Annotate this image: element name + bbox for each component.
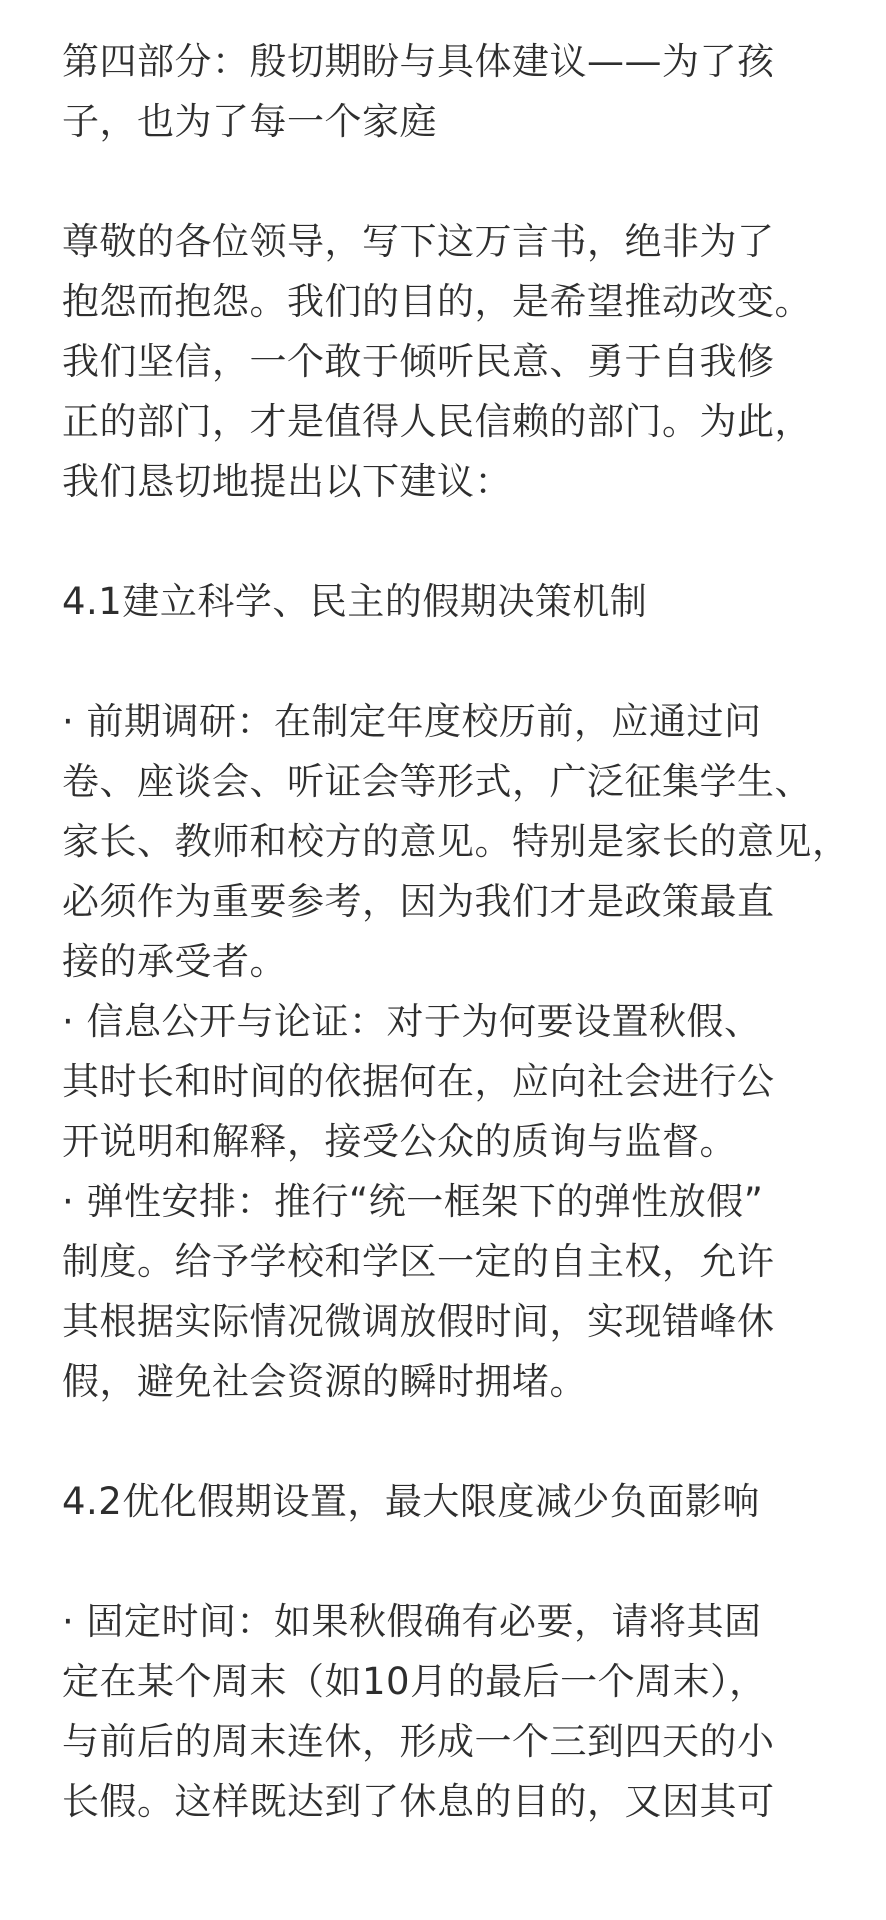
bullet-line: · 信息公开与论证：对于为何要设置秋假、 <box>62 992 852 1052</box>
bullet-item-transparency: · 信息公开与论证：对于为何要设置秋假、 其时长和时间的依据何在，应向社会进行公… <box>62 992 852 1172</box>
spacer <box>62 152 852 212</box>
bullet-line: 制度。给予学校和学区一定的自主权，允许 <box>62 1232 852 1292</box>
bullet-line: 开说明和解释，接受公众的质询与监督。 <box>62 1112 852 1172</box>
spacer <box>62 632 852 692</box>
bullet-line: 与前后的周末连休，形成一个三到四天的小 <box>62 1712 852 1772</box>
bullet-line: 卷、座谈会、听证会等形式，广泛征集学生、 <box>62 752 852 812</box>
spacer <box>62 1412 852 1472</box>
subsection-heading: 4.2优化假期设置，最大限度减少负面影响 <box>62 1472 852 1532</box>
bullet-item-fixed-time: · 固定时间：如果秋假确有必要，请将其固 定在某个周末（如10月的最后一个周末）… <box>62 1592 852 1832</box>
bullet-item-research: · 前期调研：在制定年度校历前，应通过问 卷、座谈会、听证会等形式，广泛征集学生… <box>62 692 852 992</box>
bullet-line: · 弹性安排：推行“统一框架下的弹性放假” <box>62 1172 852 1232</box>
spacer <box>62 512 852 572</box>
bullet-line: 接的承受者。 <box>62 932 852 992</box>
bullet-line: 必须作为重要参考，因为我们才是政策最直 <box>62 872 852 932</box>
paragraph-line: 抱怨而抱怨。我们的目的，是希望推动改变。 <box>62 272 852 332</box>
bullet-line: · 固定时间：如果秋假确有必要，请将其固 <box>62 1592 852 1652</box>
paragraph-line: 我们坚信，一个敢于倾听民意、勇于自我修 <box>62 332 852 392</box>
bullet-line: 假，避免社会资源的瞬时拥堵。 <box>62 1352 852 1412</box>
section-title: 第四部分：殷切期盼与具体建议——为了孩 子，也为了每一个家庭 <box>62 32 852 152</box>
intro-paragraph: 尊敬的各位领导，写下这万言书，绝非为了 抱怨而抱怨。我们的目的，是希望推动改变。… <box>62 212 852 512</box>
bullet-line: 定在某个周末（如10月的最后一个周末）， <box>62 1652 852 1712</box>
bullet-line: 其根据实际情况微调放假时间，实现错峰休 <box>62 1292 852 1352</box>
bullet-line: 长假。这样既达到了休息的目的，又因其可 <box>62 1772 852 1832</box>
subsection-4-2: 4.2优化假期设置，最大限度减少负面影响 · 固定时间：如果秋假确有必要，请将其… <box>62 1472 852 1832</box>
paragraph-line: 正的部门，才是值得人民信赖的部门。为此， <box>62 392 852 452</box>
paragraph-line: 我们恳切地提出以下建议： <box>62 452 852 512</box>
subsection-heading: 4.1建立科学、民主的假期决策机制 <box>62 572 852 632</box>
section-title-line: 第四部分：殷切期盼与具体建议——为了孩 <box>62 32 852 92</box>
paragraph-line: 尊敬的各位领导，写下这万言书，绝非为了 <box>62 212 852 272</box>
spacer <box>62 1532 852 1592</box>
section-title-line: 子，也为了每一个家庭 <box>62 92 852 152</box>
bullet-item-flexibility: · 弹性安排：推行“统一框架下的弹性放假” 制度。给予学校和学区一定的自主权，允… <box>62 1172 852 1412</box>
bullet-line: 家长、教师和校方的意见。特别是家长的意见， <box>62 812 852 872</box>
bullet-line: 其时长和时间的依据何在，应向社会进行公 <box>62 1052 852 1112</box>
document-page: 第四部分：殷切期盼与具体建议——为了孩 子，也为了每一个家庭 尊敬的各位领导，写… <box>62 32 852 1832</box>
subsection-4-1: 4.1建立科学、民主的假期决策机制 · 前期调研：在制定年度校历前，应通过问 卷… <box>62 572 852 1412</box>
bullet-line: · 前期调研：在制定年度校历前，应通过问 <box>62 692 852 752</box>
